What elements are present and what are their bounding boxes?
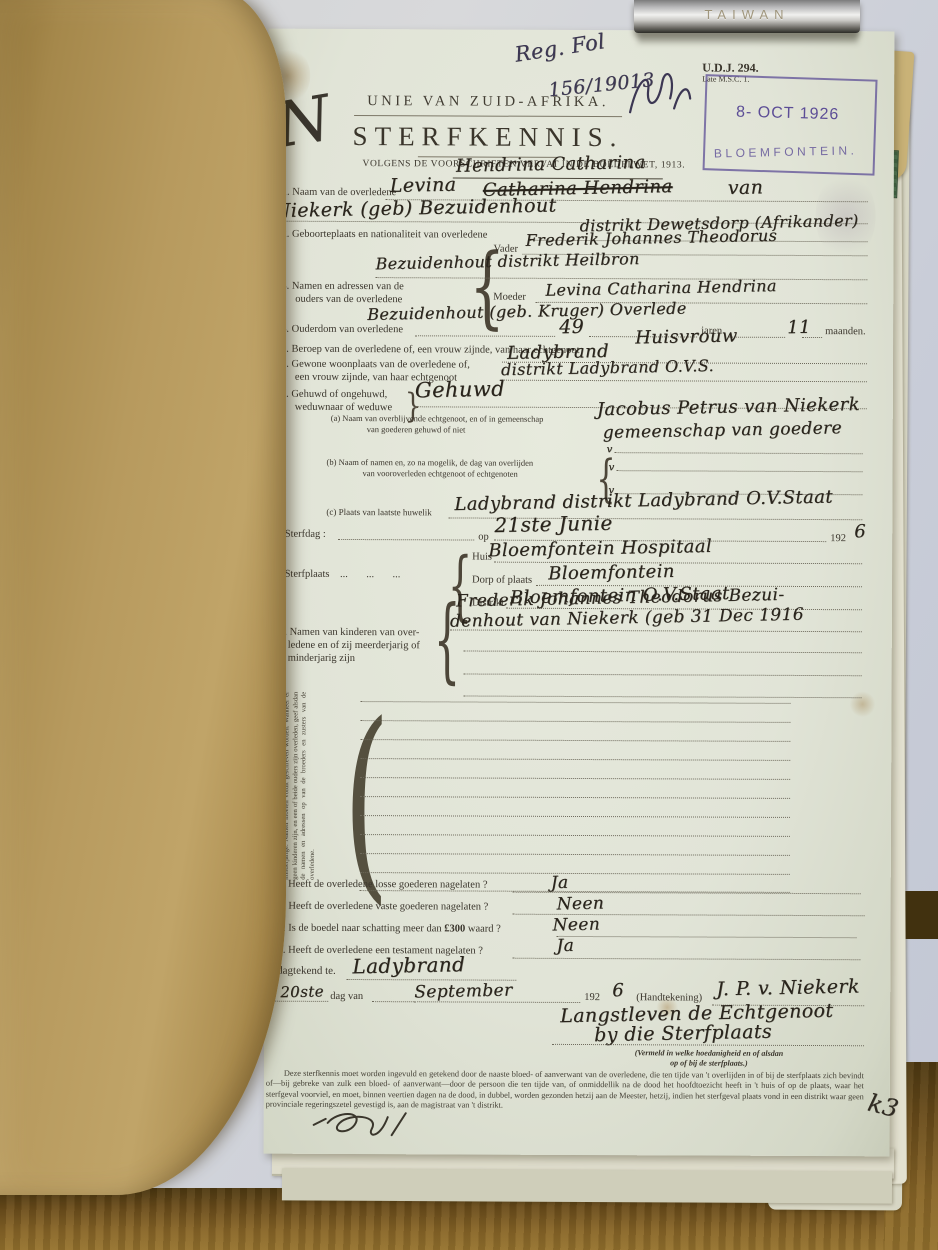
- field-3-label2: ouders van de overledene: [295, 294, 402, 305]
- field-4-label: 4. Ouderdom van overledene: [281, 324, 403, 336]
- sub-b-label: (b) Naam of namen en, zo na mogelik, de …: [327, 457, 534, 468]
- field-3-label: 3. Namen en adressen van de: [281, 281, 403, 293]
- field-1-hw-first: Levina: [390, 174, 457, 197]
- field-1-label: 1. Naam van de overledene: [282, 187, 397, 198]
- dotted-line: [360, 796, 790, 799]
- pen-tick: v: [608, 462, 614, 473]
- vader-hw2: Bezuidenhout distrikt Heilbron: [375, 249, 640, 273]
- field-10-label3: minderjarig zijn: [288, 653, 355, 664]
- sub-a-label: (a) Naam van overblijvende echtgenoot, e…: [331, 413, 544, 424]
- dotted-line: [502, 380, 867, 383]
- sub-a-hw2: gemeenschap van goedere: [603, 418, 843, 443]
- field-10-label: 10. Namen van kinderen van over-: [274, 627, 420, 639]
- sub-b-label2: van vooroverleden echtgenoot of echtgeno…: [362, 468, 517, 479]
- photograph-scene: COURT Reg. Fol 156/19013 U.D.J. 294. Lat…: [0, 0, 938, 1250]
- day-label: dag van: [330, 991, 363, 1002]
- field-8-hw-year: 6: [854, 521, 866, 542]
- dotted-line: [464, 695, 862, 698]
- sub-a-label2: van goederen gehuwd of niet: [367, 424, 466, 434]
- dotted-line: [802, 337, 822, 338]
- field-7-hw: Gehuwd: [415, 377, 506, 403]
- vader-hw1: Frederik Johannes Theodorus: [525, 226, 777, 250]
- dotted-line: [464, 650, 862, 653]
- field-12-label: 12. Heeft de overledene vaste goederen n…: [273, 901, 489, 913]
- dotted-line: [556, 936, 856, 938]
- dotted-line: [617, 470, 863, 472]
- dotted-line: [360, 834, 790, 837]
- field-8-year: 192: [830, 533, 846, 544]
- capacity-note1: (Vermeld in welke hoedanigheid en of als…: [564, 1048, 854, 1058]
- bottom-scribble: [310, 1105, 420, 1145]
- field-7-label2: weduwnaar of weduwe: [295, 402, 392, 413]
- page-title: STERFKENNIS.: [288, 121, 688, 154]
- signature-hw: J. P. v. Niekerk: [716, 975, 860, 1000]
- stamp-date: 8- OCT 1926: [736, 104, 840, 125]
- field-2-label: 2. Geboorteplaats en nationaliteit van o…: [282, 229, 488, 241]
- day-hw: 20ste: [280, 982, 324, 1001]
- field-5-hw: Huisvrouw: [635, 325, 738, 348]
- dotted-line: [360, 758, 790, 761]
- sub-a-hw1: Jacobus Petrus van Niekerk: [597, 394, 861, 420]
- field-13-label: 13. Is de boedel naar schatting meer dan…: [273, 923, 501, 935]
- moeder-hw2: Bezuidenhout (geb. Kruger) Overlede: [367, 299, 687, 324]
- dotted-line: [360, 777, 790, 780]
- sign-year-hw: 6: [612, 980, 624, 1001]
- field-6-label: 6. Gewone woonplaats van de overledene o…: [281, 359, 470, 371]
- capacity-note2: op of bij de sterfplaats.): [564, 1058, 854, 1068]
- clip-embossed-brand: TAIWAN: [634, 7, 860, 22]
- curled-page-left: [0, 0, 286, 1195]
- sign-year: 192: [584, 992, 600, 1003]
- sub-c-hw: Ladybrand distrikt Ladybrand O.V.Staat: [454, 486, 833, 515]
- field-8-hw-date: 21ste Junie: [494, 511, 613, 537]
- dotted-line: [512, 958, 860, 961]
- country-heading: UNIE VAN ZUID-AFRIKA.: [288, 93, 688, 112]
- field-13-hw: Neen: [552, 915, 600, 936]
- field-14-hw: Ja: [556, 936, 574, 956]
- dotted-line: [360, 720, 790, 723]
- dotted-line: [360, 815, 790, 818]
- field-7-label: 7. Gehuwd of ongehuwd,: [281, 389, 388, 400]
- table-gap-notch: [905, 891, 938, 939]
- field-9-row-hw: Bloemfontein: [548, 561, 675, 585]
- sub-c-label: (c) Plaats van laatste huwelik: [326, 507, 432, 517]
- under-sheet-edge: [282, 1168, 892, 1203]
- field-9-row-hw: Bloemfontein Hospitaal: [488, 536, 712, 561]
- field-10-brace: {: [434, 585, 461, 693]
- clip-shadow: [638, 33, 858, 43]
- dotted-line: [414, 1001, 580, 1003]
- field-1-hw-tail: van: [728, 176, 764, 199]
- field-11-hw: Ja: [551, 873, 569, 893]
- dotted-line: [372, 1001, 414, 1002]
- dotted-line: [464, 673, 862, 676]
- heading-rule: [354, 115, 622, 117]
- field-12-hw: Neen: [556, 894, 604, 915]
- capacity-hw2: by die Sterfplaats: [594, 1021, 772, 1047]
- dotted-line: [338, 539, 474, 541]
- name-correction-hw: Hendrina Catharina: [456, 152, 646, 177]
- field-9-row-label: Dorp of plaats: [472, 575, 532, 586]
- dotted-line: [450, 629, 862, 632]
- field-4-unit-months: maanden.: [825, 326, 866, 337]
- field-1-hw-line2: Niekerk (geb) Bezuidenhout: [273, 194, 556, 222]
- field-9-label: 9. Sterfplaats ... ... ...: [274, 569, 400, 581]
- field-4-hw-months: 11: [787, 317, 811, 338]
- moeder-hw1: Levina Catharina Hendrina: [545, 276, 777, 300]
- amount-300: £300: [444, 923, 465, 934]
- sterfkennis-form-page: Reg. Fol 156/19013 U.D.J. 294. Late M.S.…: [264, 29, 895, 1157]
- field-10-label2: ledene en of zij meerderjarig of: [288, 640, 420, 652]
- month-hw: September: [414, 981, 513, 1003]
- dotted-line: [361, 701, 791, 704]
- field-4-hw-years: 49: [559, 316, 584, 338]
- dotted-line: [360, 853, 790, 856]
- clipboard-clip: TAIWAN: [634, 0, 860, 33]
- dotted-line: [615, 452, 863, 454]
- field-11-label: 11. Heeft de overledene losse goederen n…: [273, 879, 488, 891]
- dotted-line: [360, 872, 790, 875]
- foxing-stain: [849, 691, 875, 717]
- field-6-hw2: distrikt Ladybrand O.V.S.: [501, 356, 714, 379]
- registry-note-label: Reg. Fol: [513, 29, 607, 67]
- dotted-line: [360, 739, 790, 742]
- dated-at-hw: Ladybrand: [352, 952, 465, 978]
